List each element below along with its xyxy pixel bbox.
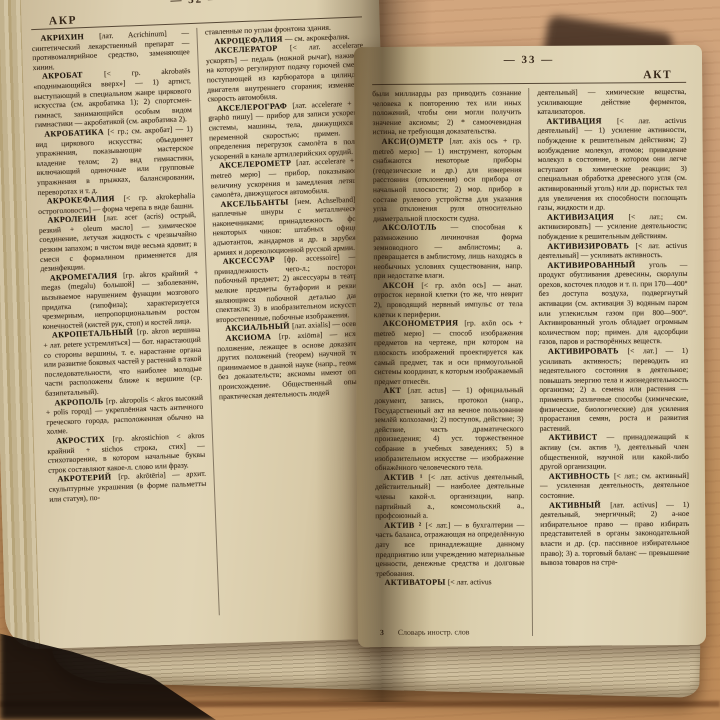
dictionary-entry: АКСИ(О)МЕТР [лат. axis ось + гр. metreō …: [373, 136, 523, 223]
page-left-columns: АКРИХИН [лат. Acrichinum] — синтетически…: [31, 21, 384, 621]
entry-headword: АКРОБАТИКА: [44, 127, 108, 138]
dictionary-entry: АКСЕЛЕРОМЕТР [лат. accelerare + гр. metr…: [210, 156, 369, 200]
entry-headword: АКТИВНЫЙ: [549, 500, 610, 509]
entry-headword: АКРОМЕГАЛИЯ: [50, 271, 124, 283]
entry-headword: АКСЕЛЕРОГРАФ: [217, 101, 293, 113]
dictionary-entry: АКРИХИН [лат. Acrichinum] — синтетически…: [31, 28, 190, 72]
dictionary-entry: АКРОБАТИКА [< гр.; см. акробат] — 1) вид…: [35, 124, 195, 197]
entry-headword: АКТИВИРОВАТЬ: [548, 346, 628, 356]
page-left-column-1: АКРИХИН [лат. Acrichinum] — синтетически…: [31, 28, 218, 622]
page-right-columns: были миллиарды раз приводить сознание че…: [372, 87, 690, 637]
entry-headword: АКСЕЛЕРОМЕТР: [219, 158, 296, 170]
entry-headword: АКТИВНОСТЬ: [549, 471, 614, 480]
dictionary-entry: АКТИВИСТ — принадлежащий к активу (см. а…: [540, 432, 689, 471]
page-right-column-1: были миллиарды раз приводить сознание че…: [372, 88, 532, 637]
dictionary-entry: АКТ [лат. actus] — 1) официальный докуме…: [374, 385, 524, 472]
dictionary-entry: АКСОНОМЕТРИЯ [гр. axōn ось + metreō мерю…: [374, 318, 523, 386]
entry-headword: АКРОПЕТАЛЬНЫЙ: [52, 328, 137, 340]
dictionary-entry: деятельный] — химические вещества, усили…: [537, 87, 686, 117]
page-right-header: — 33 — АКТ: [372, 53, 686, 85]
entry-headword: АКТИВИРОВАННЫЙ: [547, 260, 649, 270]
dictionary-entry: АКСОЛОТЛЬ — способная к размножению личи…: [373, 222, 522, 281]
page-number-32: — 32 —: [30, 0, 361, 12]
dictionary-entry: АКТИВИЗАЦИЯ [< лат.; см. активизировать]…: [538, 212, 687, 242]
dictionary-entry: АКТИВАТОРЫ [< лат. activus: [376, 577, 525, 588]
dictionary-entry: АКРОСТИХ [гр. akrostichion < akros крайн…: [47, 431, 206, 475]
entry-headword: АКРОБАТ: [42, 70, 104, 81]
entry-headword: АКТИВИЗАЦИЯ: [547, 212, 628, 222]
entry-headword: АКСИ(О)МЕТР: [382, 137, 450, 146]
dictionary-entry: АКСЕЛЬБАНТЫ [нем. Achselband] — наплечны…: [211, 194, 371, 258]
dictionary-entry: АКСЕЛЕРОГРАФ [лат. accelerare + гр. grap…: [208, 98, 368, 162]
entry-headword: АКРИХИН: [40, 32, 99, 43]
dictionary-entry: были миллиарды раз приводить сознание че…: [372, 88, 521, 137]
printers-signature-footer: 3Словарь иностр. слов: [380, 627, 470, 637]
entry-headword: АКСОЛОТЛЬ: [382, 223, 451, 232]
page-number-33: — 33 —: [372, 53, 686, 67]
dictionary-entry: АКТИВНОСТЬ [< лат.; см. активный] — усил…: [540, 471, 689, 501]
page-right-column-2: деятельный] — химические вещества, усили…: [528, 87, 690, 636]
page-left-content: — 32 — АКР АКРИХИН [лат. Acrichinum] — с…: [30, 0, 385, 624]
page-right-content: — 33 — АКТ были миллиарды раз приводить …: [372, 53, 690, 639]
dictionary-entry: АКРОБАТ [< гр. akrobatēs «поднимающийся …: [33, 66, 193, 130]
dictionary-entry: АКТИВ ¹ [< лат. activus деятельный, дейс…: [375, 472, 524, 521]
dictionary-entry: АКСЕЛЕРАТОР [< лат. accelerare ускорять]…: [205, 41, 365, 105]
dictionary-entry: АКРОПОЛЬ [гр. akropolis < akros высокий …: [45, 392, 204, 436]
entry-headword: АКСЕЛЕРАТОР: [214, 43, 290, 55]
dictionary-entry: АКРОМЕГАЛИЯ [гр. akros крайний + megas (…: [41, 268, 201, 332]
entry-headword: АКТИВАТОРЫ: [385, 578, 448, 587]
guide-word-akr: АКР: [49, 14, 78, 27]
entry-headword: АКТИВИЗИРОВАТЬ: [547, 241, 635, 251]
dictionary-entry: АКТИВАЦИЯ [< лат. activus деятельный] — …: [537, 116, 687, 213]
dictionary-entry: АКСОН [< гр. axōn ось] — анат. отросток …: [374, 280, 523, 319]
dictionary-entry: АКРОЛЕИН [лат. acer (acris) острый, резк…: [38, 210, 198, 274]
entry-headword: АКРОПОЛЬ: [54, 396, 106, 407]
dictionary-entry: АКТИВНЫЙ [лат. activus] — 1) деятельный,…: [540, 499, 689, 567]
dictionary-entry: АКТИВИРОВАТЬ [< лат.] — 1) усиливать акт…: [539, 346, 689, 433]
entry-headword: АКТИВ ¹: [384, 472, 428, 481]
entry-headword: АКТИВИСТ: [549, 433, 607, 442]
signature-title: Словарь иностр. слов: [398, 627, 470, 636]
dictionary-entry: АКРОТЕРИЙ [гр. akrōtēria] — архит. скуль…: [48, 469, 206, 504]
entry-headword: АКРОЛЕИН: [47, 214, 103, 225]
entry-headword: АКСИОМА: [226, 332, 280, 343]
entry-headword: АКСЕЛЬБАНТЫ: [220, 197, 295, 209]
dictionary-entry: АКТИВ ² [< лат.] — в бухгалтерии — часть…: [375, 520, 524, 579]
entry-headword: АКСОНОМЕТРИЯ: [383, 319, 465, 329]
guide-word-akt: АКТ: [643, 69, 672, 81]
entry-headword: АКРОТЕРИЙ: [57, 472, 118, 483]
entry-headword: АКРОКЕФАЛИЯ: [47, 194, 124, 206]
entry-headword: АКТ: [383, 386, 408, 395]
photo-of-open-dictionary: — 32 — АКР АКРИХИН [лат. Acrichinum] — с…: [0, 0, 720, 720]
table-edge-line: [0, 701, 720, 707]
dictionary-entry: АКТИВИРОВАННЫЙ уголь — продукт обугливан…: [538, 260, 688, 347]
signature-number: 3: [380, 628, 384, 637]
dictionary-entry: АКТИВИЗИРОВАТЬ [< лат. activus деятельны…: [538, 240, 687, 260]
entry-headword: АКРОСТИХ: [56, 434, 113, 445]
dictionary-entry: АКСИОМА [гр. axiōma] — исходное положени…: [217, 328, 377, 401]
entry-headword: АКСЕССУАР: [223, 255, 285, 266]
dictionary-entry: АКСЕССУАР [фр. accessoire] — 1) принадле…: [214, 252, 374, 325]
page-right: — 33 — АКТ были миллиарды раз приводить …: [354, 45, 706, 647]
dictionary-entry: АКРОПЕТАЛЬНЫЙ [гр. akron вершина + лат. …: [43, 325, 203, 398]
entry-headword: АКТИВ ²: [384, 520, 425, 529]
entry-headword: АКТИВАЦИЯ: [546, 116, 617, 125]
page-left: — 32 — АКР АКРИХИН [лат. Acrichinum] — с…: [0, 0, 398, 650]
entry-headword: АКСОН: [383, 281, 422, 290]
